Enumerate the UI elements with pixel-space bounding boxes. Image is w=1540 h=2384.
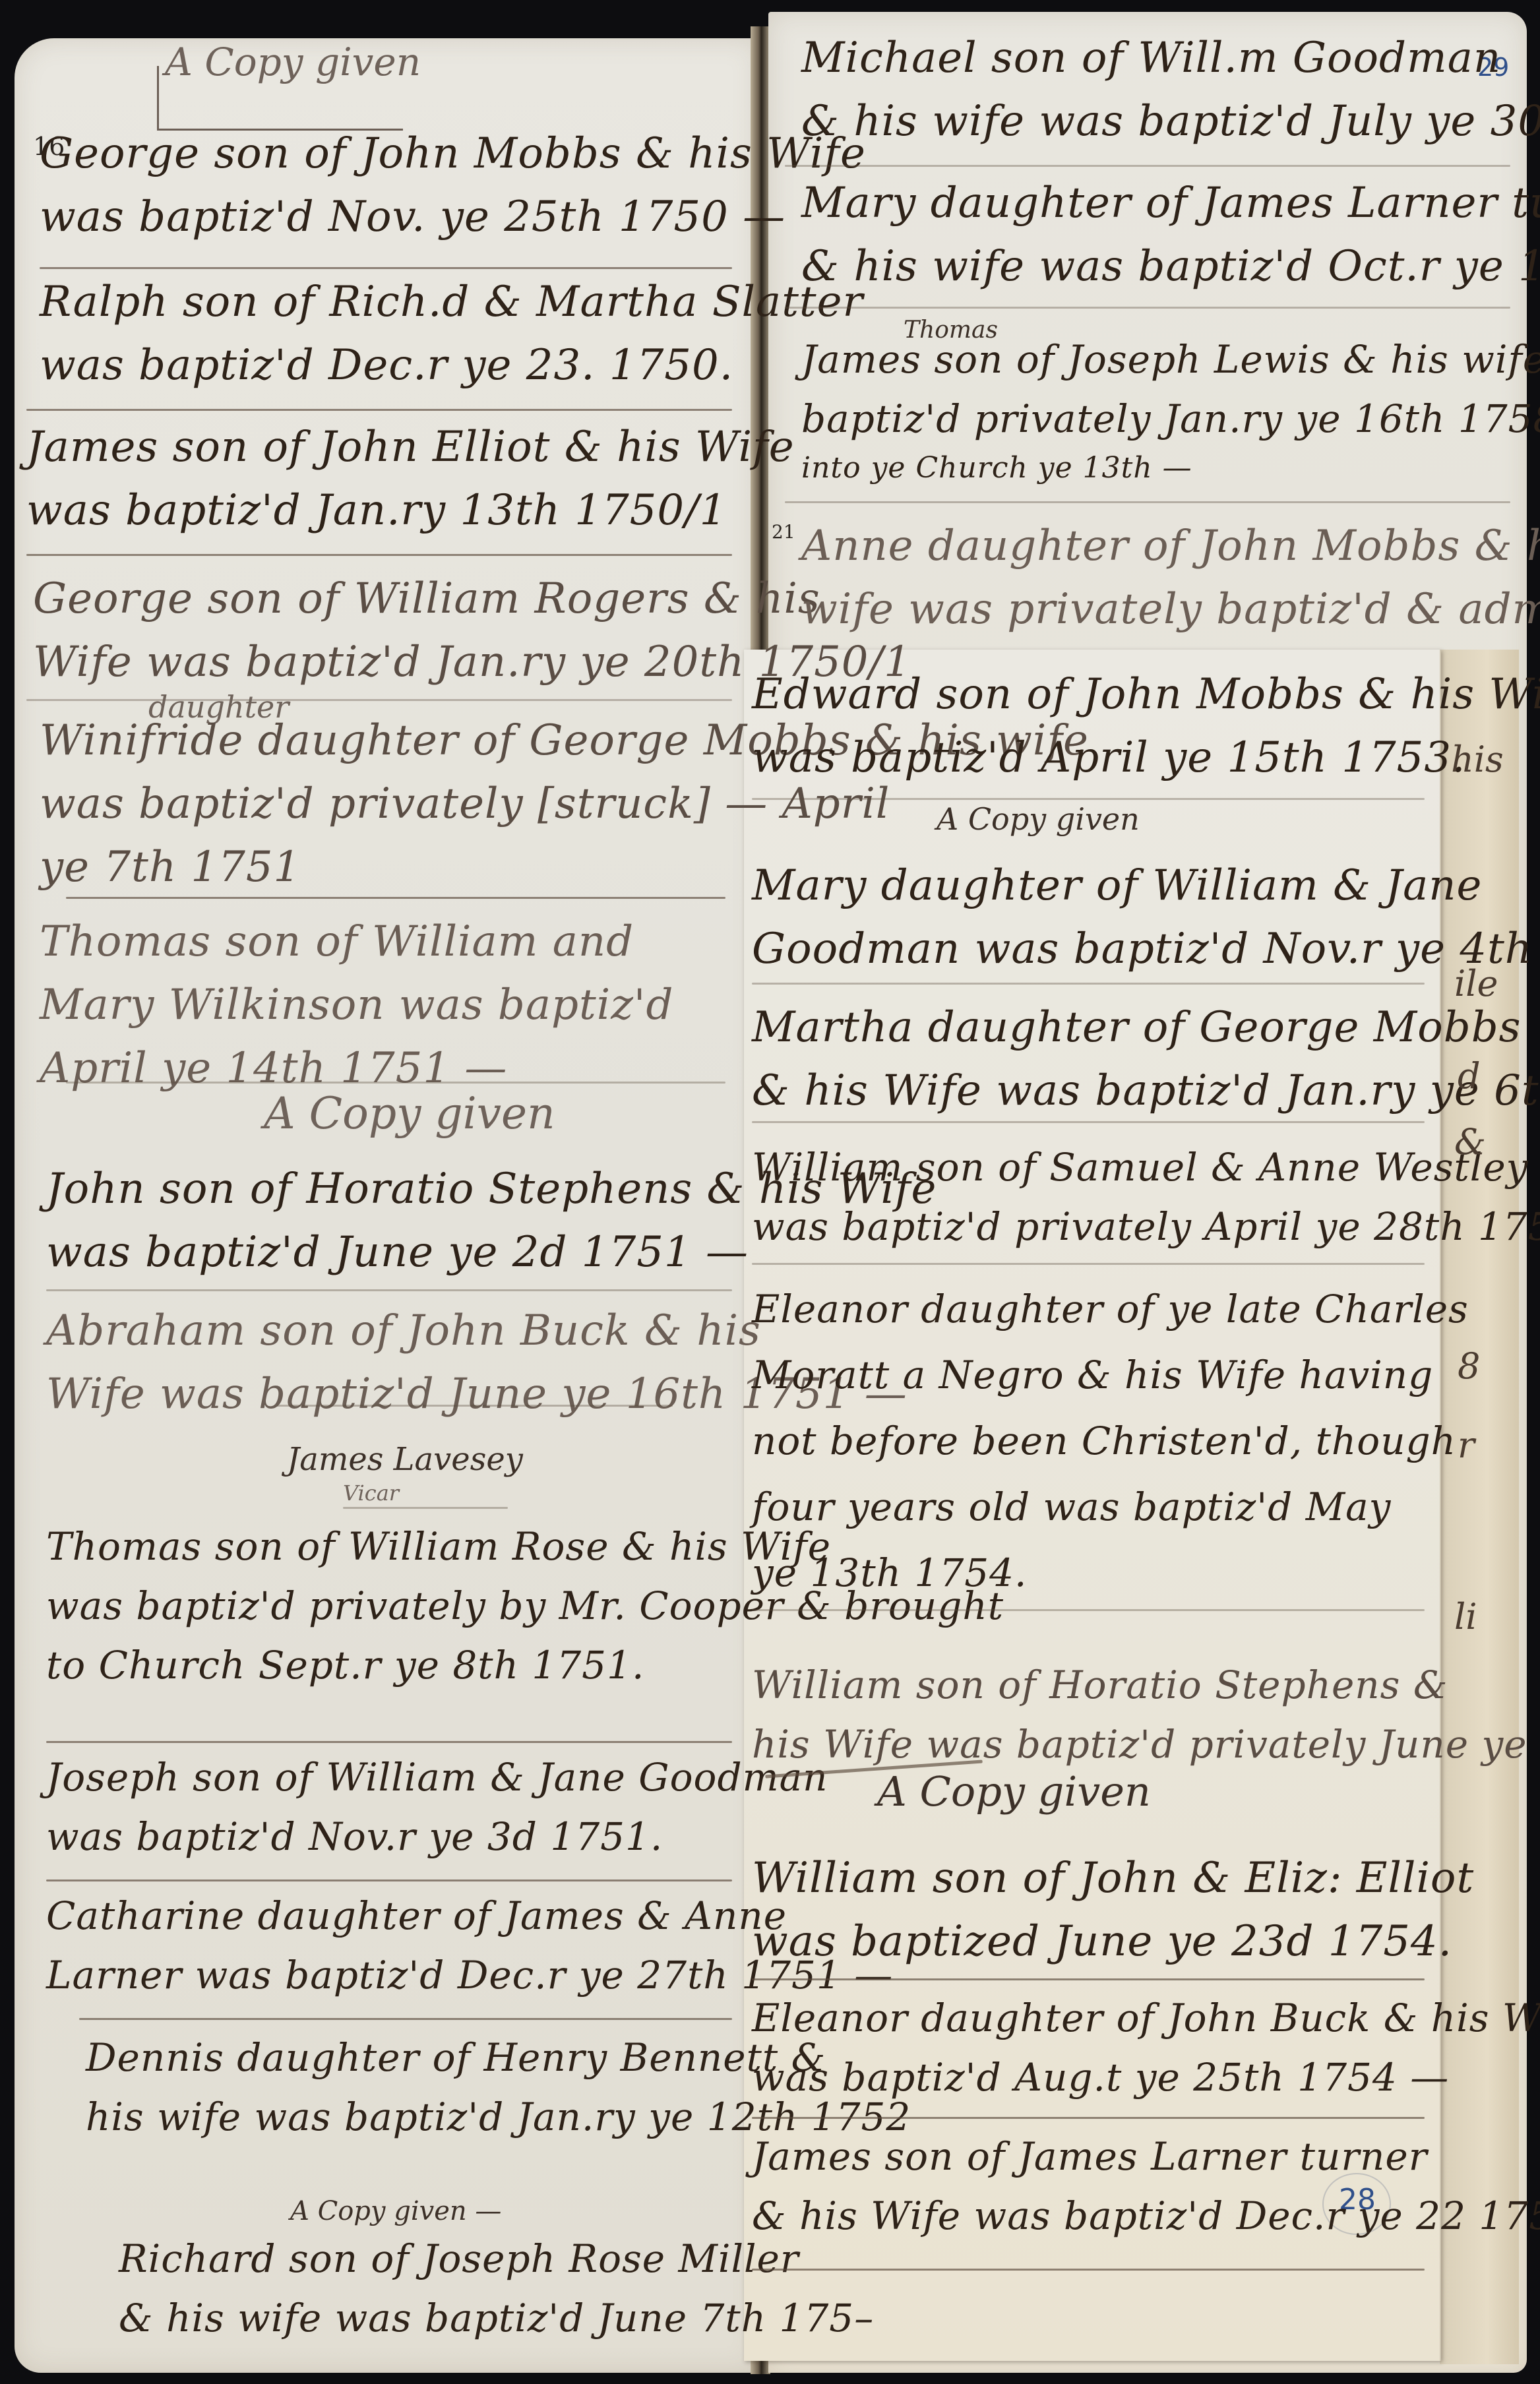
entry-line: was baptiz'd April ye 15th 1753.	[752, 726, 1540, 789]
entry-divider	[26, 699, 732, 701]
entry-line: not before been Christen'd, though	[752, 1408, 1469, 1474]
entry-line: William son of Horatio Stephens &	[752, 1655, 1540, 1715]
edge-fragment: 8	[1458, 1345, 1480, 1387]
edge-fragment: ile	[1454, 963, 1498, 1004]
entry-line: & his wife was baptiz'd July ye 30th 175…	[801, 90, 1540, 153]
entry-line: Mary Wilkinson was baptiz'd	[40, 973, 673, 1037]
slip-baptism-entry: William son of Horatio Stephens & his Wi…	[752, 1655, 1540, 1774]
entry-divider	[752, 798, 1425, 800]
entry-divider	[40, 267, 732, 269]
entry-divider	[785, 307, 1510, 309]
entry-line: Eleanor daughter of John Buck & his Wife	[752, 1988, 1540, 2048]
edge-fragment: &	[1454, 1121, 1486, 1163]
slip-baptism-entry: Eleanor daughter of ye late Charles Mora…	[752, 1276, 1469, 1606]
entry-line: his Wife was baptiz'd privately June ye …	[752, 1715, 1540, 1774]
entry-line: Moratt a Negro & his Wife having	[752, 1342, 1469, 1408]
baptism-entry: Richard son of Joseph Rose Miller & his …	[119, 2229, 874, 2348]
edge-fragment: d	[1458, 1055, 1481, 1097]
entry-line: was baptiz'd Nov.r ye 3d 1751.	[46, 1807, 828, 1866]
entry-line: was baptiz'd Nov. ye 25th 1750 —	[40, 185, 866, 249]
entry-line: Anne daughter of John Mobbs & his	[801, 514, 1540, 578]
baptism-entry: Mary daughter of James Larner turner & h…	[801, 171, 1540, 298]
entry-line: was baptized June ye 23d 1754.	[752, 1910, 1474, 1973]
entry-divider	[66, 897, 725, 899]
entry-line: James son of Joseph Lewis & his wife was	[801, 330, 1540, 389]
entry-divider	[752, 1263, 1425, 1265]
baptism-entry: Anne daughter of John Mobbs & his wife w…	[801, 514, 1540, 641]
entry-line: & his Wife was baptiz'd Dec.r ye 22 1754…	[752, 2186, 1540, 2246]
entry-line: Mary daughter of James Larner turner	[801, 171, 1540, 235]
entry-divider	[752, 983, 1425, 985]
entry-divider	[785, 501, 1510, 503]
vicar-title: Vicar	[343, 1481, 399, 1506]
entry-line: four years old was baptiz'd May	[752, 1474, 1469, 1540]
entry-line: Mary daughter of William & Jane	[752, 854, 1540, 917]
slip-baptism-entry: Mary daughter of William & Jane Goodman …	[752, 854, 1540, 981]
entry-divider	[66, 1082, 725, 1084]
signature-underline	[343, 1507, 508, 1509]
entry-line: ye 13th 1754.	[752, 1540, 1469, 1606]
entry-line: James son of John Elliot & his Wife	[26, 415, 795, 479]
slip-baptism-entry: William son of Samuel & Anne Westley was…	[752, 1138, 1540, 1256]
edge-fragment: his	[1451, 739, 1504, 780]
slip-baptism-entry: Eleanor daughter of John Buck & his Wife…	[752, 1988, 1540, 2107]
copy-given-note: A Copy given	[877, 1767, 1151, 1816]
entry-divider	[752, 2117, 1425, 2119]
entry-line: Eleanor daughter of ye late Charles	[752, 1276, 1469, 1342]
edge-fragment: li	[1454, 1596, 1477, 1637]
entry-line: baptiz'd privately Jan.ry ye 16th 1758 &…	[801, 389, 1540, 448]
entry-divider	[752, 2269, 1425, 2271]
entry-line: & his Wife was baptiz'd Jan.ry ye 6th 17…	[752, 1059, 1540, 1122]
entry-line: William son of Samuel & Anne Westley	[752, 1138, 1540, 1197]
entry-line: Goodman was baptiz'd Nov.r ye 4th 1753	[752, 917, 1540, 981]
slip-baptism-entry: James son of James Larner turner & his W…	[752, 2127, 1540, 2246]
baptism-entry: James son of John Elliot & his Wife was …	[26, 415, 795, 542]
baptism-entry: Ralph son of Rich.d & Martha Slatter was…	[40, 270, 863, 397]
entry-divider	[46, 1880, 732, 1881]
entry-divider	[277, 1405, 673, 1407]
entry-line: Edward son of John Mobbs & his Wife	[752, 663, 1540, 726]
entry-line: was baptiz'd Dec.r ye 23. 1750.	[40, 334, 863, 397]
baptism-entry: George son of John Mobbs & his Wife was …	[40, 122, 866, 249]
entry-line: into ye Church ye 13th —	[801, 448, 1540, 488]
entry-line: Michael son of Will.m Goodman	[801, 26, 1540, 90]
edge-fragment: r	[1458, 1424, 1475, 1466]
slip-baptism-entry: William son of John & Eliz: Elliot was b…	[752, 1847, 1474, 1973]
entry-divider	[752, 1609, 1425, 1611]
entry-divider	[79, 2018, 732, 2020]
entry-divider	[785, 165, 1510, 167]
slip-baptism-entry: Edward son of John Mobbs & his Wife was …	[752, 663, 1540, 789]
margin-number: 21	[772, 521, 795, 543]
entry-line: Ralph son of Rich.d & Martha Slatter	[40, 270, 863, 334]
entry-line: was baptiz'd Aug.t ye 25th 1754 —	[752, 2048, 1540, 2107]
entry-line: Martha daughter of George Mobbs	[752, 996, 1540, 1059]
entry-line: William son of John & Eliz: Elliot	[752, 1847, 1474, 1910]
baptism-entry: Thomas son of William and Mary Wilkinson…	[40, 910, 673, 1100]
entry-line: & his wife was baptiz'd June 7th 175–	[119, 2288, 874, 2348]
entry-line: was baptiz'd privately April ye 28th 175…	[752, 1197, 1540, 1256]
baptism-entry: Joseph son of William & Jane Goodman was…	[46, 1748, 828, 1866]
entry-line: George son of William Rogers & his	[33, 567, 911, 630]
entry-divider	[752, 1978, 1425, 1980]
copy-given-bracket	[157, 66, 403, 131]
vicar-signature: James Lavesey	[287, 1441, 523, 1478]
entry-line: George son of John Mobbs & his Wife	[40, 122, 866, 185]
entry-line: Joseph son of William & Jane Goodman	[46, 1748, 828, 1807]
entry-divider	[46, 1741, 732, 1743]
copy-given-note: A Copy given	[264, 1088, 555, 1139]
entry-line: James son of James Larner turner	[752, 2127, 1540, 2186]
entry-line: wife was privately baptiz'd & admitted	[801, 578, 1540, 641]
baptism-entry: Michael son of Will.m Goodman & his wife…	[801, 26, 1540, 153]
entry-line: was baptiz'd Jan.ry 13th 1750/1	[26, 479, 795, 542]
entry-divider	[26, 409, 732, 411]
entry-line: Thomas son of William and	[40, 910, 673, 973]
copy-given-note: A Copy given —	[290, 2196, 501, 2226]
copy-given-note: A Copy given	[937, 801, 1140, 837]
entry-divider	[752, 1121, 1425, 1123]
entry-line: & his wife was baptiz'd Oct.r ye 16th 17…	[801, 235, 1540, 298]
entry-divider	[26, 554, 732, 556]
slip-baptism-entry: Martha daughter of George Mobbs & his Wi…	[752, 996, 1540, 1122]
baptism-entry: James son of Joseph Lewis & his wife was…	[801, 330, 1540, 488]
entry-divider	[46, 1289, 732, 1291]
